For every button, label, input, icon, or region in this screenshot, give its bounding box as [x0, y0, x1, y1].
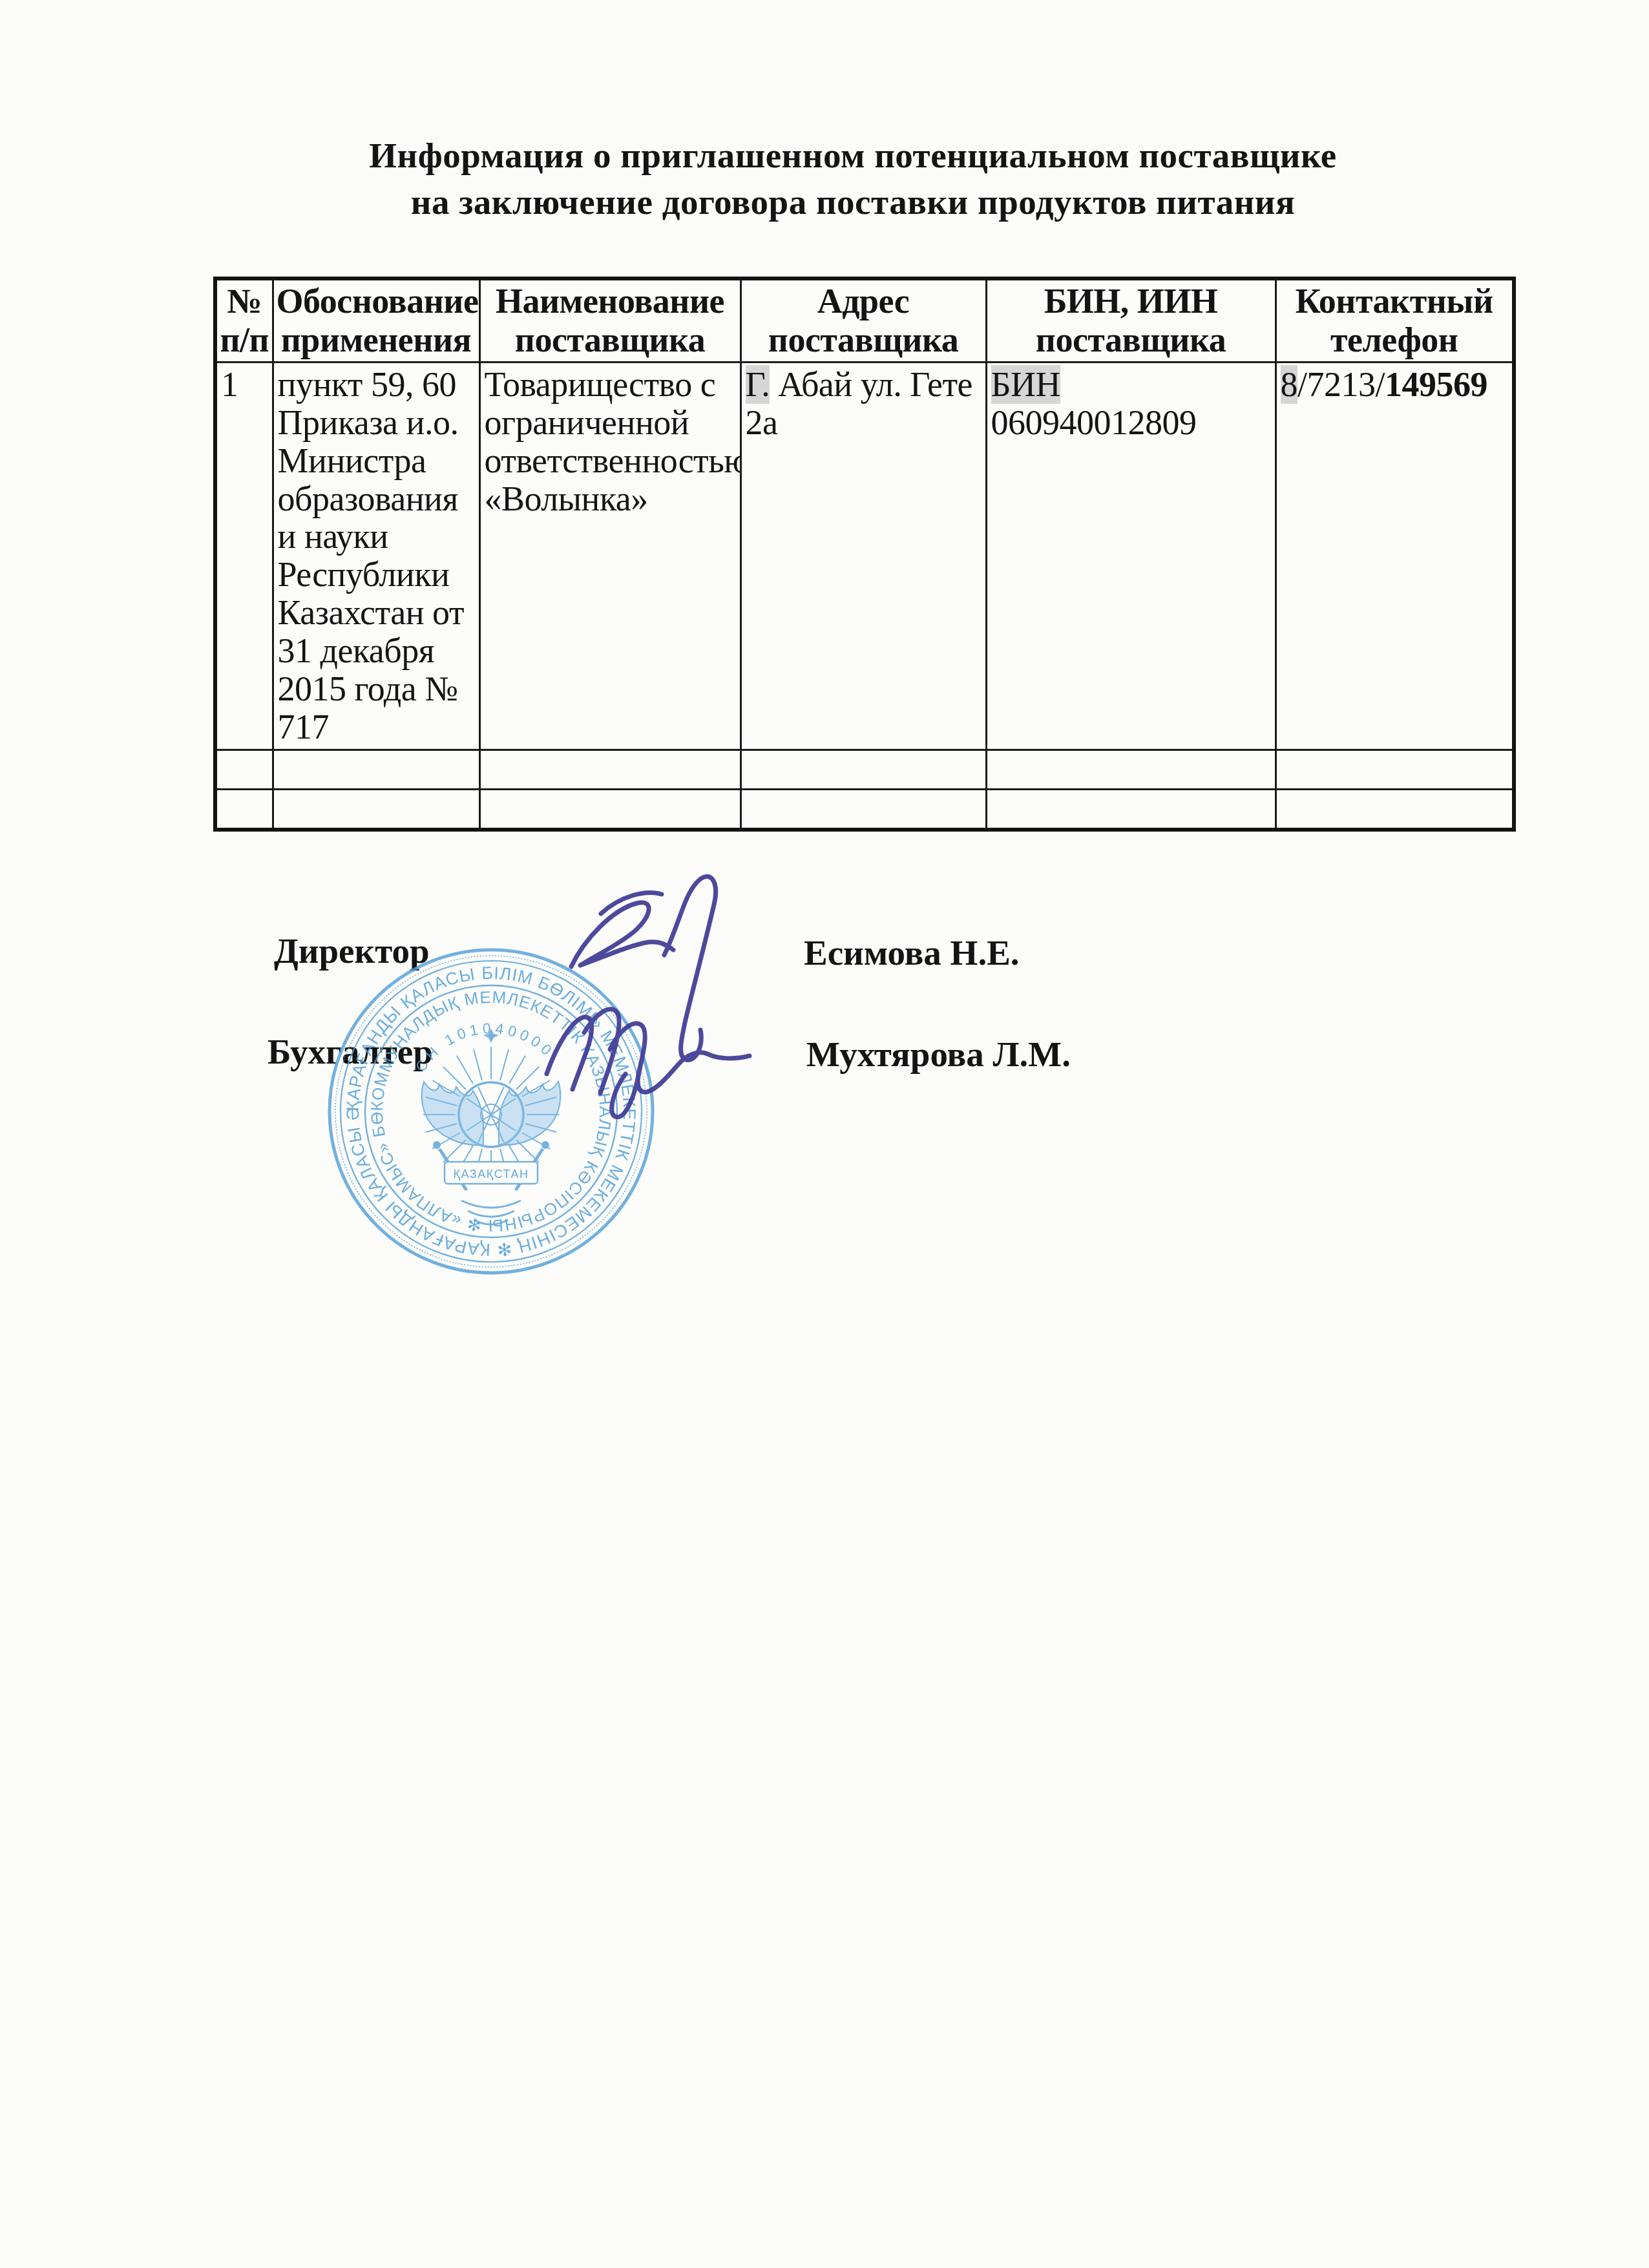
suppliers-table: № п/п Обоснование применения Наименовани… — [213, 277, 1516, 832]
title-line-2: на заключение договора поставки продукто… — [194, 179, 1512, 226]
emblem-wing-right — [499, 1082, 560, 1145]
empty-cell — [479, 750, 740, 789]
address-rest: Абай ул. Гете 2а — [746, 365, 972, 442]
scanned-document-page: Информация о приглашенном потенциальном … — [0, 0, 1649, 2268]
cell-row-number: 1 — [215, 362, 273, 750]
empty-cell — [1276, 789, 1514, 830]
page-title: Информация о приглашенном потенциальном … — [194, 132, 1512, 225]
empty-cell — [740, 750, 986, 789]
table-row-empty-2 — [215, 789, 1514, 830]
svg-text:СН 101040000: СН 101040000 — [412, 1020, 558, 1075]
empty-cell — [986, 750, 1276, 789]
empty-cell — [479, 789, 740, 830]
title-line-1: Информация о приглашенном потенциальном … — [194, 132, 1512, 179]
empty-cell — [1276, 750, 1514, 789]
empty-cell — [215, 750, 273, 789]
empty-cell — [740, 789, 986, 830]
bin-rest: 060940012809 — [991, 403, 1197, 442]
header-row: № п/п Обоснование применения Наименовани… — [215, 278, 1514, 362]
accountant-name: Мухтярова Л.М. — [806, 1034, 1071, 1075]
cell-justification: пункт 59, 60 Приказа и.о. Министра образ… — [273, 362, 479, 750]
empty-cell — [273, 789, 479, 830]
column-header-contact-phone: Контактный телефон — [1276, 278, 1514, 362]
cell-supplier-name: Товарищество с ограниченной ответственно… — [479, 362, 740, 750]
emblem-banner-text: ҚАЗАҚСТАН — [454, 1168, 529, 1181]
emblem-wing-left — [422, 1082, 483, 1145]
column-header-justification: Обоснование применения — [273, 278, 479, 362]
table-row-empty-1 — [215, 750, 1514, 789]
bin-highlight: БИН — [991, 365, 1061, 404]
cell-supplier-address: Г. Абай ул. Гете 2а — [740, 362, 986, 750]
table-row-1: 1 пункт 59, 60 Приказа и.о. Министра обр… — [215, 362, 1514, 750]
empty-cell — [215, 789, 273, 830]
cell-contact-phone: 8/7213/149569 — [1276, 362, 1514, 750]
kazakhstan-emblem — [422, 1029, 561, 1224]
phone-bold-part: 149569 — [1385, 365, 1487, 404]
director-name: Есимова Н.Е. — [804, 932, 1020, 973]
phone-highlight: 8 — [1281, 365, 1298, 404]
empty-cell — [273, 750, 479, 789]
stamp-registration-number: СН 101040000 — [412, 1020, 558, 1075]
column-header-supplier-address: Адрес поставщика — [740, 278, 986, 362]
phone-mid: /7213/ — [1297, 365, 1385, 404]
address-highlight: Г. — [746, 365, 770, 404]
column-header-bin-iin: БИН, ИИН поставщика — [986, 278, 1276, 362]
official-round-stamp: ҚАРАҒАНДЫ ҚАЛАСЫ БІЛІМ БӨЛІМІ» МЕМЛЕКЕТТ… — [323, 943, 659, 1279]
column-header-num: № п/п — [215, 278, 273, 362]
column-header-supplier-name: Наименование поставщика — [479, 278, 740, 362]
empty-cell — [986, 789, 1276, 830]
cell-bin-iin: БИН 060940012809 — [986, 362, 1276, 750]
